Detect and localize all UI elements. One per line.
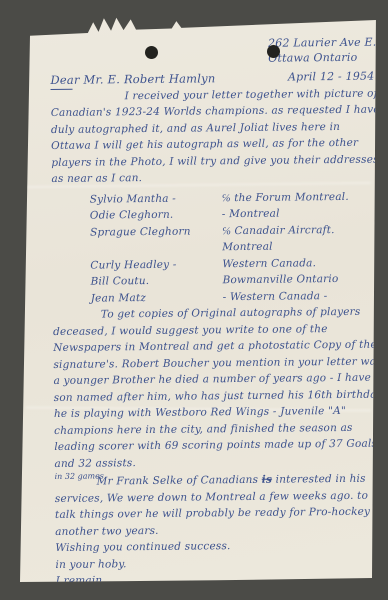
player-name: Sylvio Mantha - (90, 190, 222, 208)
letter-content: 262 Laurier Ave E. Ottawa Ontario Dear M… (50, 35, 388, 600)
sender-address-line2: Ottawa Ontario (268, 50, 382, 66)
inline-insertion: in 32 games (55, 468, 104, 485)
sender-address: 262 Laurier Ave E. Ottawa Ontario (268, 35, 382, 66)
player-name: Bill Coutu. (90, 272, 222, 290)
list-item: Sprague Cleghorn ℅ Canadair Aircraft. Mo… (90, 221, 384, 257)
player-address-list: Sylvio Mantha - ℅ the Forum Montreal. Od… (90, 188, 385, 307)
paragraph-3: Mr Frank Selke of Canadians is intereste… (55, 470, 388, 539)
signature: Wm. "Billy" Boucher (56, 586, 388, 600)
player-address: ℅ the Forum Montreal. (222, 188, 349, 206)
player-address: - Western Canada - (223, 288, 328, 306)
list-item: Sylvio Mantha - ℅ the Forum Montreal. (90, 188, 384, 208)
player-address: - Montreal (222, 206, 280, 223)
paragraph-1: I received your letter together with pic… (51, 85, 384, 187)
paragraph-2: To get copies of Original autographs of … (53, 304, 387, 472)
paragraph-3-wrap: in 32 games Mr Frank Selke of Canadians … (55, 470, 388, 539)
sender-address-line1: 262 Laurier Ave E. (268, 35, 382, 51)
player-name: Jean Matz (91, 289, 223, 307)
closing-line-3: I remain (56, 569, 388, 589)
player-address: Western Canada. (222, 255, 316, 272)
salutation: Dear Mr. E. Robert Hamlyn (50, 70, 215, 88)
letter-paper: Mo 262 Laurier Ave E. Ottawa Ontario Dea… (20, 16, 377, 582)
player-name: Curly Headley - (90, 256, 222, 274)
corner-pencil-mark: Mo (26, 24, 44, 35)
player-name: Odie Cleghorn. (90, 206, 222, 224)
scribbled-word: is (262, 474, 272, 486)
scanned-letter-photo: Mo 262 Laurier Ave E. Ottawa Ontario Dea… (0, 0, 388, 600)
punch-hole-right (267, 45, 280, 58)
letter-date: April 12 - 1954 (288, 69, 375, 86)
paragraph-3-text: Mr Frank Selke of Canadians (97, 474, 259, 488)
player-address: ℅ Canadair Aircraft. Montreal (222, 221, 384, 256)
punch-hole-left (145, 46, 158, 59)
player-name: Sprague Cleghorn (90, 223, 222, 257)
player-address: Bowmanville Ontario (222, 271, 338, 289)
